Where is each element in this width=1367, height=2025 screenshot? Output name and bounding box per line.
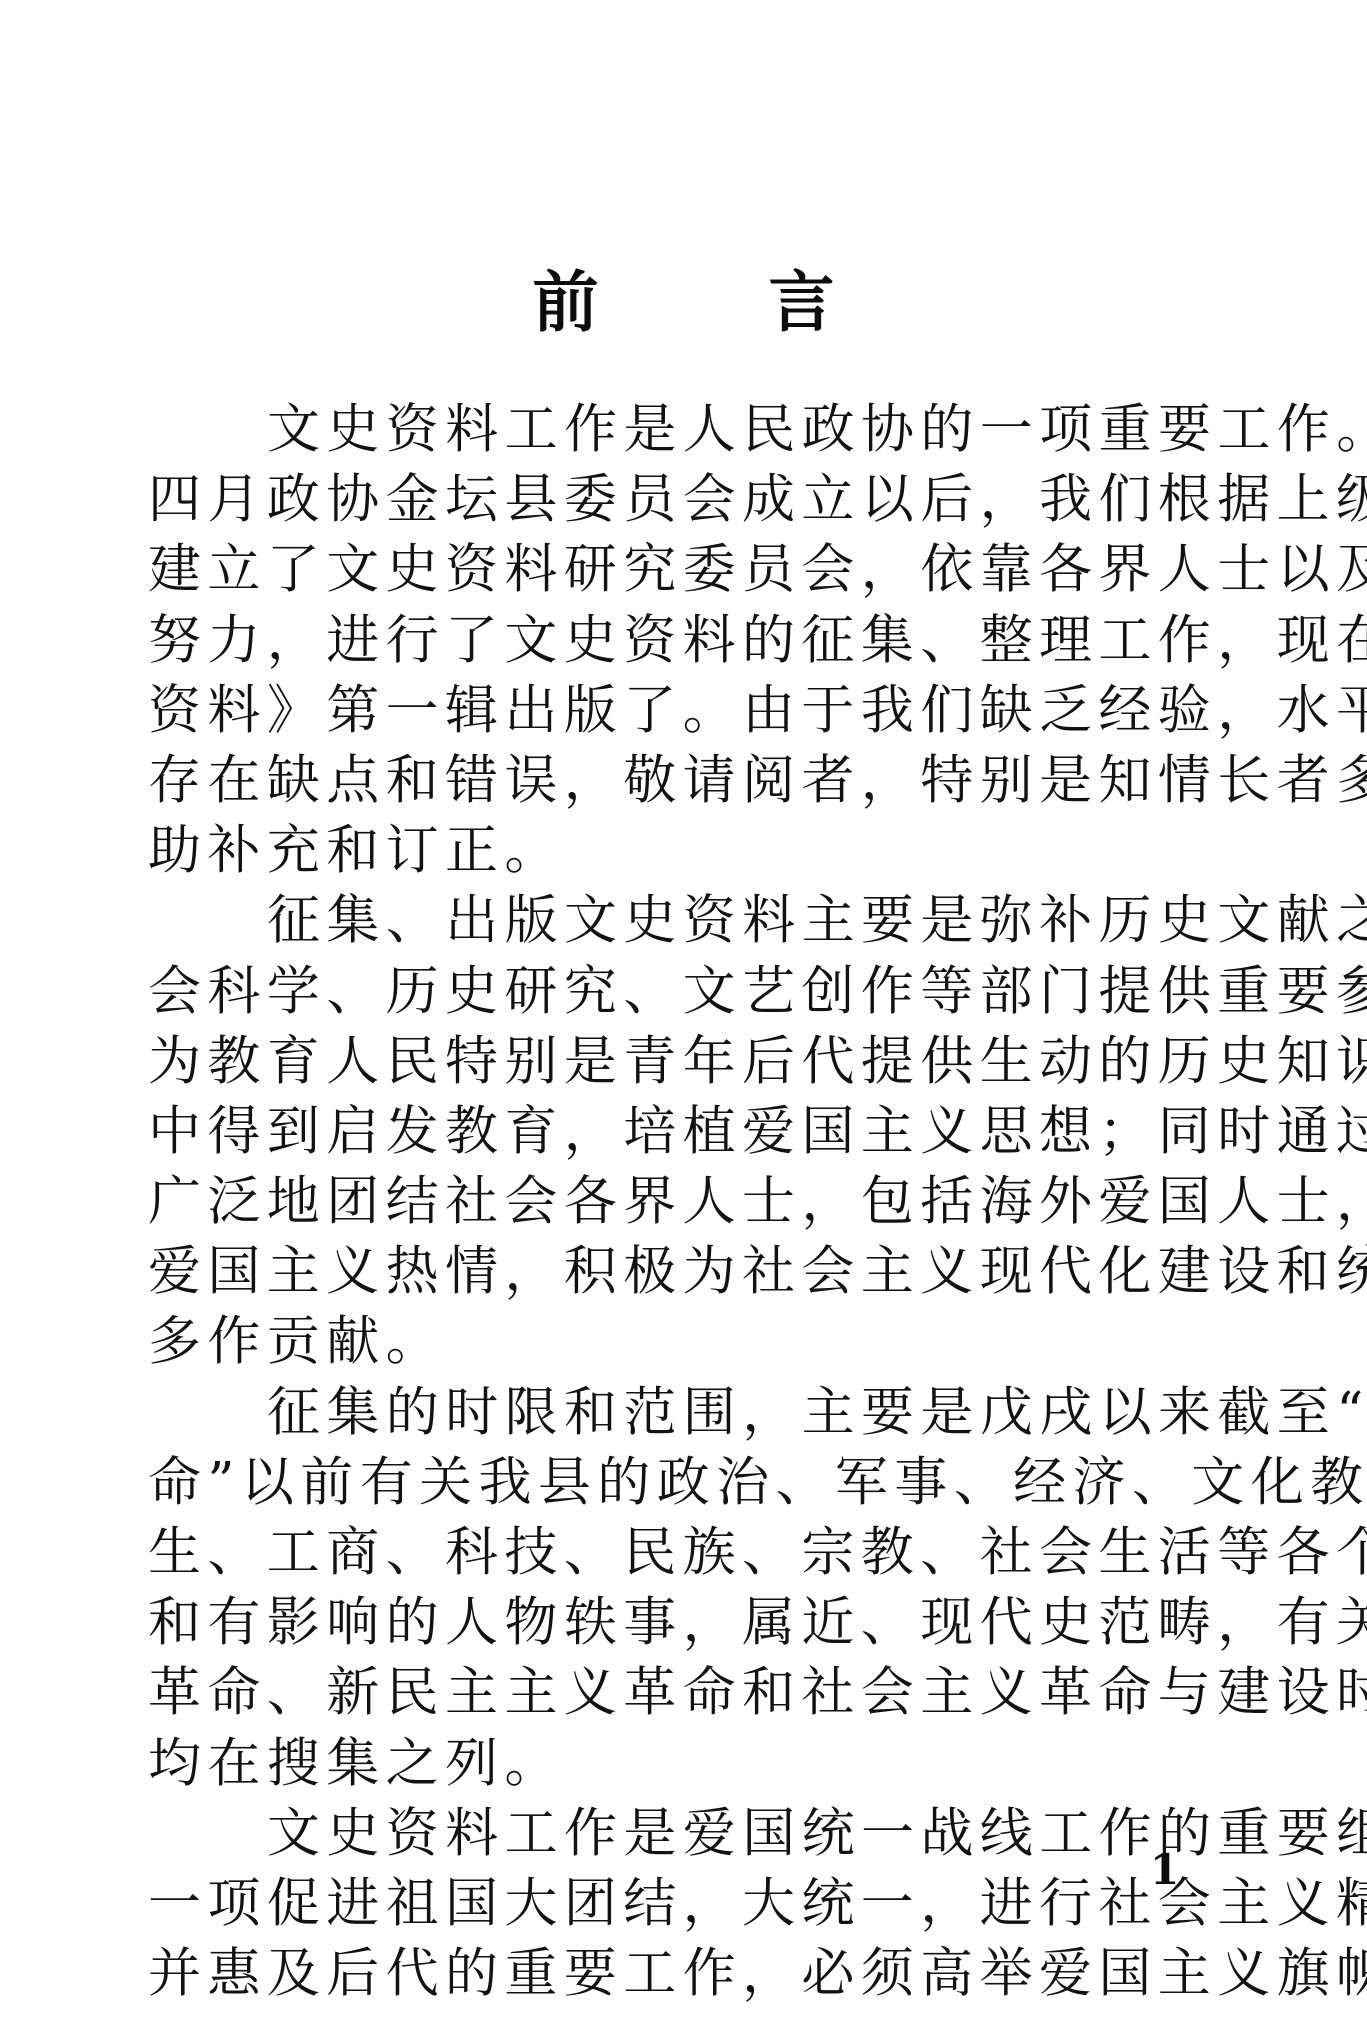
document-page: 前言 文史资料工作是人民政协的一项重要工作。一九八一年 四月政协金坛县委员会成立… [0, 0, 1367, 2025]
text-line: 革命、新民主主义革命和社会主义革命与建设时期的内容， [148, 1658, 1228, 1728]
page-title: 前言 [0, 262, 1367, 342]
text-line: 文史资料工作是人民政协的一项重要工作。一九八一年 [148, 395, 1228, 465]
text-line: 四月政协金坛县委员会成立以后，我们根据上级有关指示， [148, 465, 1228, 535]
paragraph-2: 征集、出版文史资料主要是弥补历史文献之不足，为社 会科学、历史研究、文艺创作等部… [148, 886, 1228, 1377]
paragraph-1: 文史资料工作是人民政协的一项重要工作。一九八一年 四月政协金坛县委员会成立以后，… [148, 395, 1228, 886]
text-line: 和有影响的人物轶事，属近、现代史范畴，有关旧民主主义 [148, 1588, 1228, 1658]
title-char-1: 前 [533, 262, 599, 342]
text-line: 中得到启发教育，培植爱国主义思想；同时通过文史工作， [148, 1097, 1228, 1167]
text-line: 征集、出版文史资料主要是弥补历史文献之不足，为社 [148, 886, 1228, 956]
text-line: 文史资料工作是爱国统一战线工作的重要组成部份，是 [148, 1799, 1228, 1869]
text-line: 资料》第一辑出版了。由于我们缺乏经验，水平所限，难免 [148, 676, 1228, 746]
text-line: 会科学、历史研究、文艺创作等部门提供重要参考资料；也 [148, 957, 1228, 1027]
text-line: 爱国主义热情，积极为社会主义现代化建设和统一祖国大业 [148, 1237, 1228, 1307]
text-line: 征集的时限和范围，主要是戊戌以来截至“文化大革 [148, 1378, 1228, 1448]
text-line: 生、工商、科技、民族、宗教、社会生活等各个方面的资料 [148, 1518, 1228, 1588]
text-line: 命”以前有关我县的政治、军事、经济、文化教育、医药卫 [148, 1448, 1228, 1518]
paragraph-3: 征集的时限和范围，主要是戊戌以来截至“文化大革 命”以前有关我县的政治、军事、经… [148, 1378, 1228, 1799]
text-line: 存在缺点和错误，敬请阅者，特别是知情长者多加指教，帮 [148, 746, 1228, 816]
text-line: 一项促进祖国大团结，大统一，进行社会主义精神文明建设 [148, 1869, 1228, 1939]
text-line: 广泛地团结社会各界人士，包括海外爱国人士，激发他们的 [148, 1167, 1228, 1237]
page-number: 1 [1150, 1845, 1179, 1894]
text-line: 并惠及后代的重要工作，必须高举爱国主义旗帜，坚持辩证 [148, 1939, 1228, 2009]
text-line: 均在搜集之列。 [148, 1729, 1228, 1799]
text-line: 建立了文史资料研究委员会，依靠各界人士以及社会耆老的 [148, 535, 1228, 605]
body-text: 文史资料工作是人民政协的一项重要工作。一九八一年 四月政协金坛县委员会成立以后，… [148, 395, 1228, 2009]
text-line: 努力，进行了文史资料的征集、整理工作，现在《金坛文史 [148, 606, 1228, 676]
text-line: 为教育人民特别是青年后代提供生动的历史知识，使他们从 [148, 1027, 1228, 1097]
paragraph-4: 文史资料工作是爱国统一战线工作的重要组成部份，是 一项促进祖国大团结，大统一，进… [148, 1799, 1228, 2010]
text-line: 助补充和订正。 [148, 816, 1228, 886]
text-line: 多作贡献。 [148, 1307, 1228, 1377]
title-char-2: 言 [769, 262, 835, 342]
